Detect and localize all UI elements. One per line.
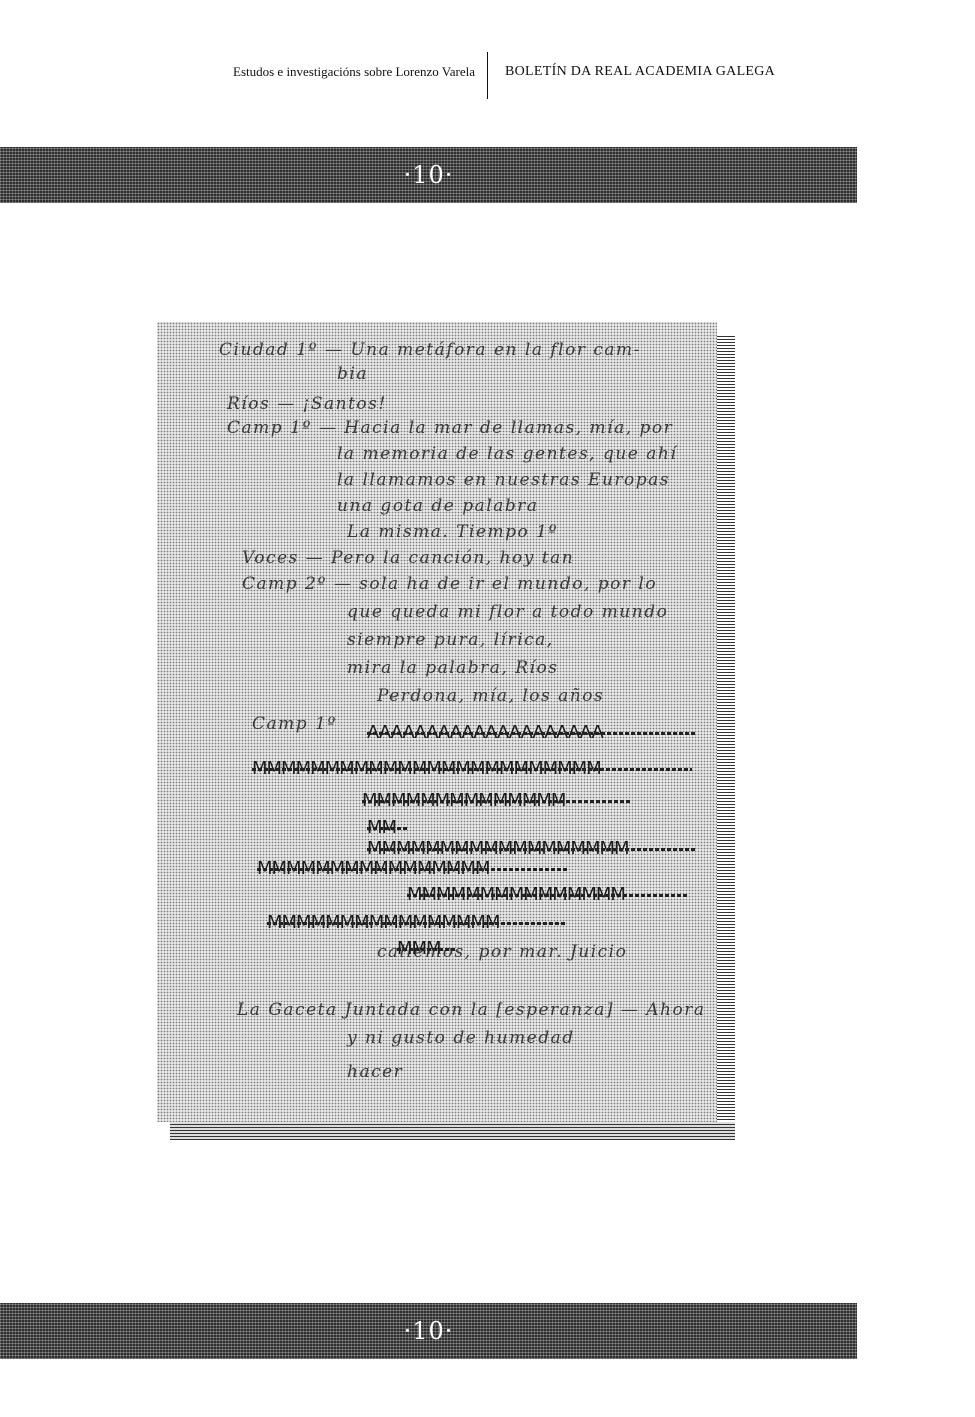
manuscript-shadow-bottom [170, 1122, 735, 1140]
handwritten-line: hacer [347, 1062, 403, 1082]
header-divider [487, 52, 488, 99]
handwritten-line: y ni gusto de humedad [347, 1028, 575, 1048]
handwritten-line: La misma. Tiempo 1º [347, 522, 558, 542]
manuscript-shadow-right [717, 335, 735, 1135]
handwritten-line: Voces — Pero la canción, hoy tan [242, 548, 574, 568]
struck-out-line: MMM [397, 938, 457, 960]
struck-out-line: MMMMMMMMMMMMMM [362, 790, 632, 812]
struck-out-line: MMMMMMMMMMMMMMMMMM [367, 838, 697, 860]
bottom-page-band: ·10· [0, 1303, 857, 1359]
handwritten-line: mira la palabra, Ríos [347, 658, 558, 678]
page-number-top: ·10· [404, 161, 454, 189]
handwritten-line: Ciudad 1º — Una metáfora en la flor cam- [219, 340, 641, 360]
page-number-bottom: ·10· [404, 1317, 454, 1345]
handwritten-line: la llamamos en nuestras Europas [337, 470, 670, 490]
struck-out-line: AAAAAAAAAAAAAAAAAAAA [367, 722, 697, 744]
handwritten-line: siempre pura, lírica, [347, 630, 554, 650]
header-journal-title: BOLETÍN DA REAL ACADEMIA GALEGA [505, 64, 775, 80]
handwritten-line: Camp 1º — Hacia la mar de llamas, mía, p… [227, 418, 673, 438]
top-page-band: ·10· [0, 147, 857, 203]
handwritten-line: la memoria de las gentes, que ahí [337, 444, 677, 464]
handwritten-line: una gota de palabra [337, 496, 539, 516]
struck-out-line: MMMMMMMMMMMMMMMM [267, 912, 567, 934]
handwritten-line: Perdona, mía, los años [377, 686, 604, 706]
struck-out-line: MMMMMMMMMMMMMMMMMMMMMMMM [252, 758, 692, 780]
handwritten-line: Camp 2º — sola ha de ir el mundo, por lo [242, 574, 657, 594]
struck-out-line: MM [367, 817, 407, 839]
struck-out-line: MMMMMMMMMMMMMMMM [257, 858, 567, 880]
header-series-title: Estudos e investigacións sobre Lorenzo V… [233, 64, 475, 80]
struck-out-line: MMMMMMMMMMMMMMM [407, 884, 687, 906]
manuscript-facsimile-image: Ciudad 1º — Una metáfora en la flor cam-… [157, 322, 717, 1122]
handwritten-line: Camp 1º [252, 714, 337, 734]
handwritten-line: Ríos — ¡Santos! [227, 394, 387, 414]
handwritten-line: La Gaceta Juntada con la [esperanza] — A… [237, 1000, 706, 1020]
handwritten-line: que queda mi flor a todo mundo [347, 602, 668, 622]
handwritten-line: bia [337, 364, 368, 384]
